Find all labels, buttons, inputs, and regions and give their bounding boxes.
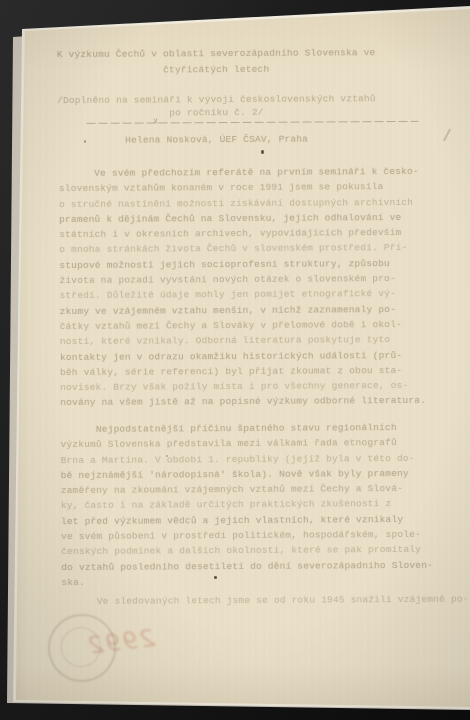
divider-x-mark: x <box>153 116 158 126</box>
paper-speck <box>166 455 168 457</box>
typed-divider-rule: x <box>87 121 419 124</box>
paragraph-2: Nejpodstatnější příčinu špatného stavu r… <box>60 420 427 590</box>
paragraph-line: novány na všem jistě až na popisné výzku… <box>60 393 426 411</box>
paper-speck <box>84 140 86 143</box>
document-subtitle: /Doplněno na semináři k vývoji českoslov… <box>38 92 394 120</box>
paper-speck <box>214 576 217 579</box>
typewritten-text-layer: K výzkumu Čechů v oblasti severozápadníh… <box>0 0 470 720</box>
paragraph-line: ska. <box>61 573 427 591</box>
document-title: K výzkumu Čechů v oblasti severozápadníh… <box>38 45 394 79</box>
title-line-2: čtyřicátých letech <box>38 61 394 79</box>
subtitle-line-2: po ročníku č. 2/ <box>38 105 394 120</box>
author-line: Helena Nosková, ÚEF ČSAV, Praha <box>39 131 395 148</box>
paper-speck <box>261 150 264 154</box>
paragraph-line: Ve sledovaných letech jsme se od roku 19… <box>61 592 427 610</box>
paragraph-1: Ve svém předchozím referátě na prvním se… <box>59 164 426 411</box>
author-line-block: Helena Nosková, ÚEF ČSAV, Praha <box>39 131 395 148</box>
paragraph-3: Ve sledovaných letech jsme se od roku 19… <box>61 592 427 610</box>
scanned-document-photo: K výzkumu Čechů v oblasti severozápadníh… <box>0 0 470 720</box>
